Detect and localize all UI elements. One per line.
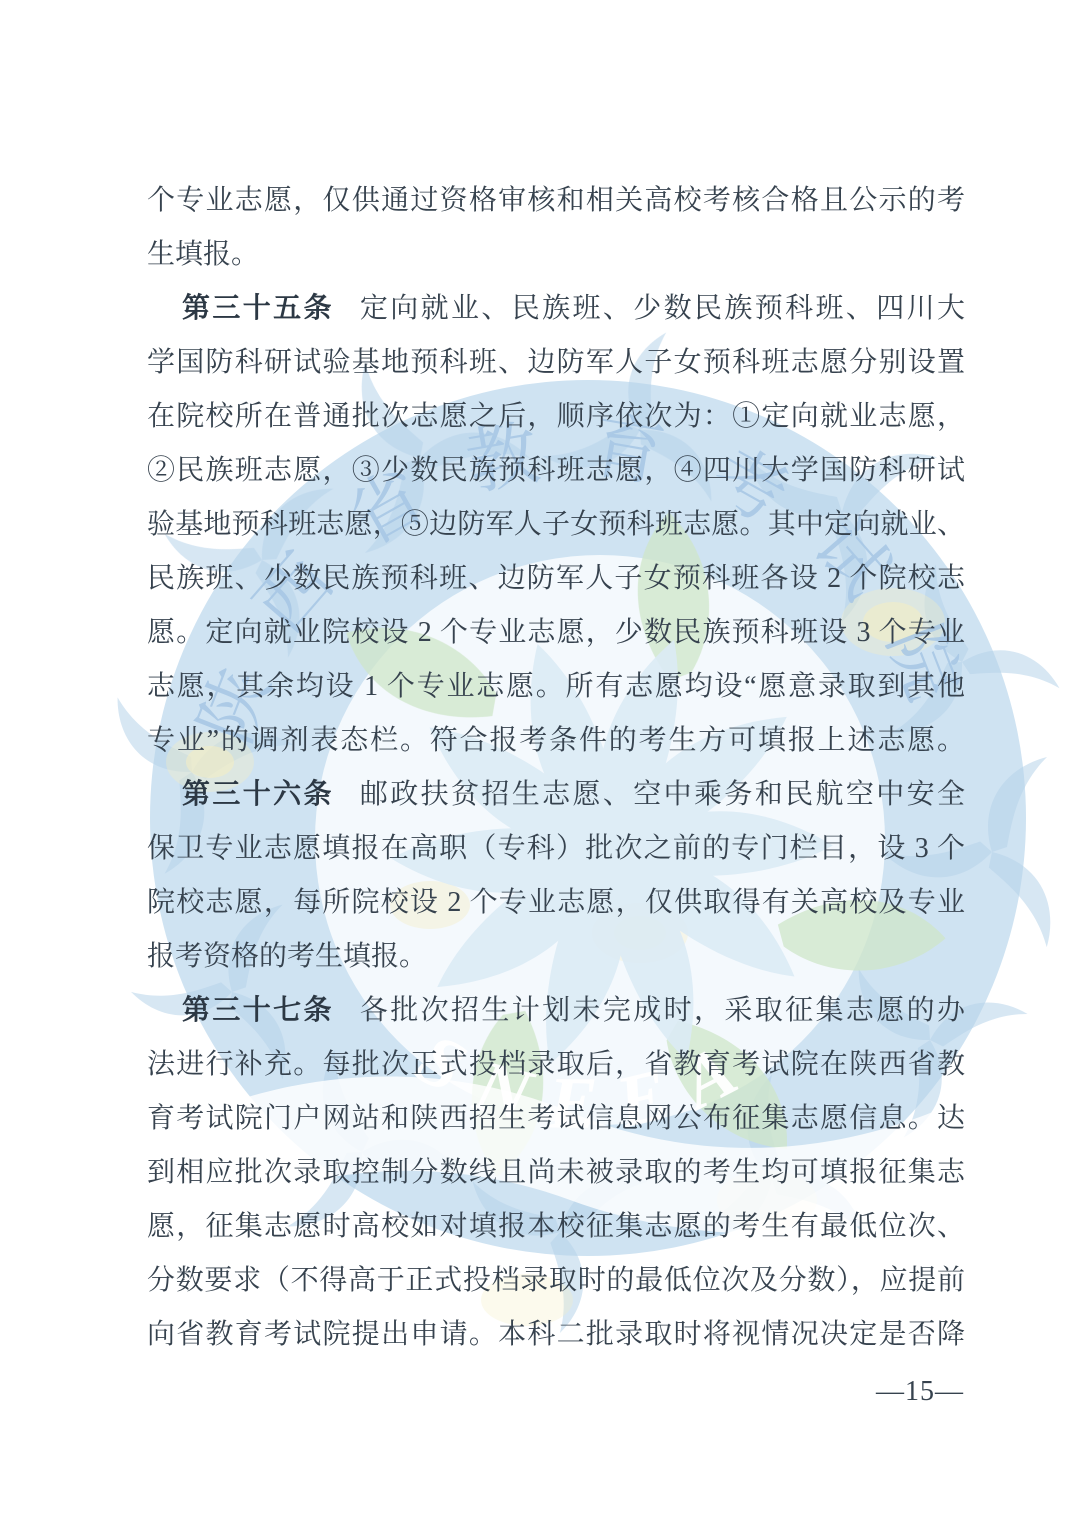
text-run: 向省教育考试院提出申请。本科二批录取时将视情况决定是否降 xyxy=(147,1319,965,1350)
text-run: 定向就业、民族班、少数民族预科班、四川大 xyxy=(360,293,965,324)
text-line: 第三十七条各批次招生计划未完成时，采取征集志愿的办 xyxy=(147,984,965,1038)
text-run: 生填报。 xyxy=(147,239,259,270)
text-run: 学国防科研试验基地预科班、边防军人子女预科班志愿分别设置 xyxy=(147,347,965,378)
text-run: 到相应批次录取控制分数线且尚未被录取的考生均可填报征集志 xyxy=(147,1157,965,1188)
text-run: 分数要求（不得高于正式投档录取时的最低位次及分数），应提前 xyxy=(147,1265,965,1296)
text-run: 各批次招生计划未完成时，采取征集志愿的办 xyxy=(360,995,965,1026)
article-number: 第三十五条 xyxy=(182,293,334,324)
text-line: 报考资格的考生填报。 xyxy=(147,930,965,984)
text-run: 志愿，其余均设 1 个专业志愿。所有志愿均设“愿意录取到其他 xyxy=(147,671,965,702)
text-run: 邮政扶贫招生志愿、空中乘务和民航空中安全 xyxy=(360,779,965,810)
text-line: 在院校所在普通批次志愿之后，顺序依次为：①定向就业志愿， xyxy=(147,390,965,444)
text-line: 民族班、少数民族预科班、边防军人子女预科班各设 2 个院校志 xyxy=(147,552,965,606)
text-run: 个专业志愿，仅供通过资格审核和相关高校考核合格且公示的考 xyxy=(147,185,965,216)
text-line: 愿。定向就业院校设 2 个专业志愿，少数民族预科班设 3 个专业 xyxy=(147,606,965,660)
text-line: 第三十六条邮政扶贫招生志愿、空中乘务和民航空中安全 xyxy=(147,768,965,822)
page-number: —15— xyxy=(876,1372,964,1412)
text-line: 到相应批次录取控制分数线且尚未被录取的考生均可填报征集志 xyxy=(147,1146,965,1200)
text-line: 验基地预科班志愿，⑤边防军人子女预科班志愿。其中定向就业、 xyxy=(147,498,965,552)
text-run: 愿。定向就业院校设 2 个专业志愿，少数民族预科班设 3 个专业 xyxy=(147,617,965,648)
text-line: 志愿，其余均设 1 个专业志愿。所有志愿均设“愿意录取到其他 xyxy=(147,660,965,714)
text-run: 院校志愿，每所院校设 2 个专业志愿，仅供取得有关高校及专业 xyxy=(147,887,965,918)
text-run: ②民族班志愿，③少数民族预科班志愿，④四川大学国防科研试 xyxy=(147,455,965,486)
document-body: 个专业志愿，仅供通过资格审核和相关高校考核合格且公示的考生填报。第三十五条定向就… xyxy=(147,174,965,1362)
text-line: 第三十五条定向就业、民族班、少数民族预科班、四川大 xyxy=(147,282,965,336)
document-page: 陕西省教育考试院 SNEEA 个专业志愿，仅供通过资格审核和相关高校考核合格且公… xyxy=(0,0,1080,1528)
text-run: 育考试院门户网站和陕西招生考试信息网公布征集志愿信息。达 xyxy=(147,1103,965,1134)
text-line: ②民族班志愿，③少数民族预科班志愿，④四川大学国防科研试 xyxy=(147,444,965,498)
text-run: 民族班、少数民族预科班、边防军人子女预科班各设 2 个院校志 xyxy=(147,563,965,594)
text-run: 报考资格的考生填报。 xyxy=(147,941,427,972)
text-line: 愿，征集志愿时高校如对填报本校征集志愿的考生有最低位次、 xyxy=(147,1200,965,1254)
text-line: 专业”的调剂表态栏。符合报考条件的考生方可填报上述志愿。 xyxy=(147,714,965,768)
text-line: 保卫专业志愿填报在高职（专科）批次之前的专门栏目，设 3 个 xyxy=(147,822,965,876)
article-number: 第三十六条 xyxy=(182,779,334,810)
text-run: 愿，征集志愿时高校如对填报本校征集志愿的考生有最低位次、 xyxy=(147,1211,965,1242)
article-number: 第三十七条 xyxy=(182,995,334,1026)
text-line: 育考试院门户网站和陕西招生考试信息网公布征集志愿信息。达 xyxy=(147,1092,965,1146)
text-line: 向省教育考试院提出申请。本科二批录取时将视情况决定是否降 xyxy=(147,1308,965,1362)
text-run: 在院校所在普通批次志愿之后，顺序依次为：①定向就业志愿， xyxy=(147,401,965,432)
text-line: 生填报。 xyxy=(147,228,965,282)
text-run: 验基地预科班志愿，⑤边防军人子女预科班志愿。其中定向就业、 xyxy=(147,509,965,540)
text-run: 保卫专业志愿填报在高职（专科）批次之前的专门栏目，设 3 个 xyxy=(147,833,965,864)
text-line: 学国防科研试验基地预科班、边防军人子女预科班志愿分别设置 xyxy=(147,336,965,390)
text-line: 分数要求（不得高于正式投档录取时的最低位次及分数），应提前 xyxy=(147,1254,965,1308)
text-run: 法进行补充。每批次正式投档录取后，省教育考试院在陕西省教 xyxy=(147,1049,965,1080)
text-line: 个专业志愿，仅供通过资格审核和相关高校考核合格且公示的考 xyxy=(147,174,965,228)
text-run: 专业”的调剂表态栏。符合报考条件的考生方可填报上述志愿。 xyxy=(147,725,965,756)
text-line: 院校志愿，每所院校设 2 个专业志愿，仅供取得有关高校及专业 xyxy=(147,876,965,930)
text-line: 法进行补充。每批次正式投档录取后，省教育考试院在陕西省教 xyxy=(147,1038,965,1092)
